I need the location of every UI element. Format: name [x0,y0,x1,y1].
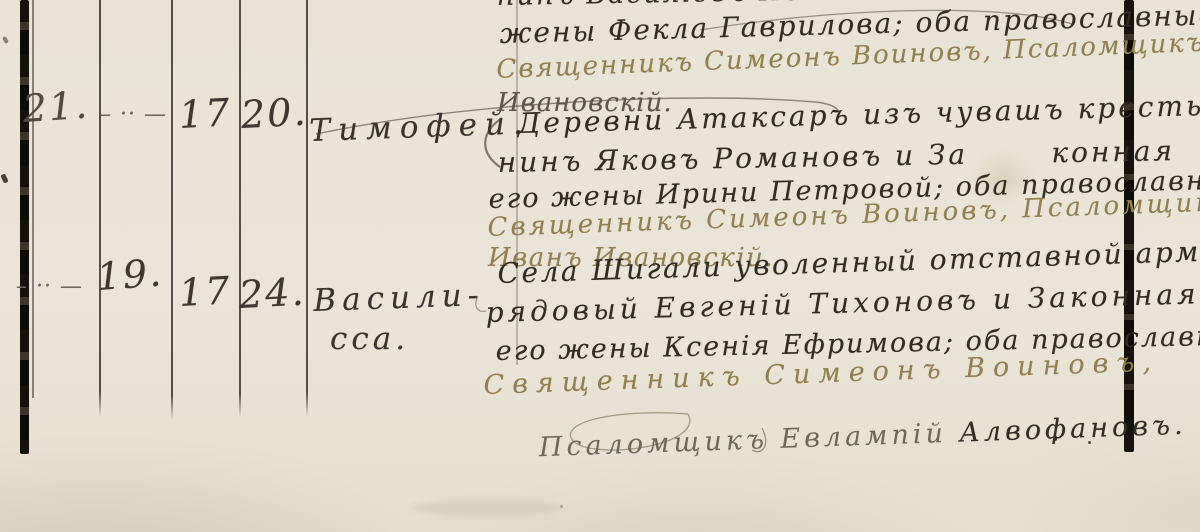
column-divider-2 [171,0,173,420]
psalmist-title: Псаломщикъ Евлампій [538,418,960,464]
record2-birth-day: 17 [178,93,232,134]
psalmist-name: Алвофановъ. [959,410,1187,449]
record2-name: Тимофей. [309,108,531,147]
ink-speck [560,505,563,508]
table-border-right [1124,0,1134,452]
edge-mark [0,173,8,183]
edge-mark [2,36,9,44]
record3-name-line: сса. [330,324,409,355]
record2-baptism-day: 20. [240,93,308,134]
record2-female-count-dash: – ·· — [100,104,167,126]
record2-male-count: 21. [21,85,90,128]
table-border-left-inner [32,0,34,398]
record3-entry-line: рядовый Евгеній Тихоновъ и Законная [485,280,1200,327]
record3-psalmist-line: Псаломщикъ Евлампій Алвофановъ. [487,385,1188,490]
record3-male-count-dash: – ·· — [16,276,83,298]
column-divider-3 [239,0,241,418]
table-border-left [20,0,29,454]
record3-baptism-day: 24. [238,273,306,314]
metrical-book-scan: нинъ Василіевъ Ивовъ и Законная его жены… [0,0,1200,532]
record3-name-line: Васили- [313,280,485,317]
column-divider-1 [99,0,101,417]
column-divider-4 [306,0,308,417]
record3-female-count: 19. [95,253,164,296]
record3-birth-day: 17 [178,271,232,312]
paper-smudge [410,500,560,516]
